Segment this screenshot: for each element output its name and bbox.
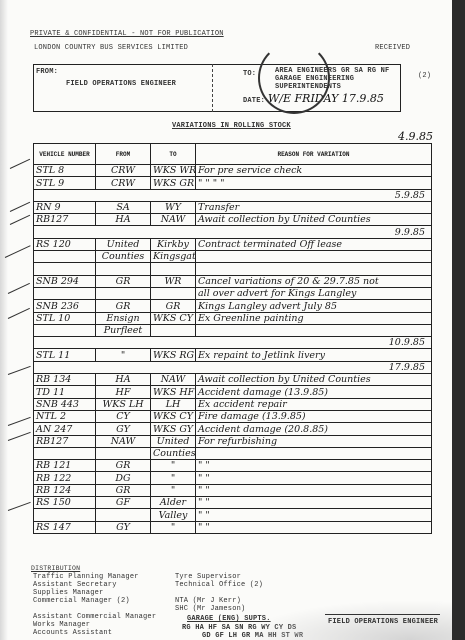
header-from: FROM: [96, 144, 151, 165]
vehicle-number-cell: RB127: [34, 435, 96, 447]
signature-line: [325, 614, 440, 615]
table-row: STL 9CRWWKS GR" " " ": [34, 177, 432, 189]
received-stamp-text: RECEIVED: [375, 44, 410, 52]
from-cell: ": [96, 349, 151, 361]
from-cell: Purfleet: [96, 324, 151, 336]
table-row: RB127HANAWAwait collection by United Cou…: [34, 214, 432, 226]
classification-banner: PRIVATE & CONFIDENTIAL - NOT FOR PUBLICA…: [30, 30, 224, 38]
table-row: RB 124GR"" ": [34, 484, 432, 496]
reason-cell: Contract terminated Off lease: [196, 238, 432, 250]
from-cell: GR: [96, 484, 151, 496]
distribution-entry: Assistant Secretary: [33, 581, 117, 589]
reason-cell: Ex Greenline painting: [196, 312, 432, 324]
table-row: RS 120UnitedKirkbyContract terminated Of…: [34, 238, 432, 250]
reason-cell: For pre service check: [196, 165, 432, 177]
reason-cell: all over advert for Kings Langley: [196, 287, 432, 299]
table-row: STL 10EnsignWKS CYEx Greenline painting: [34, 312, 432, 324]
distribution-entry: Commercial Manager (2): [33, 597, 130, 605]
from-cell: CRW: [96, 177, 151, 189]
table-row: NTL 2CYWKS CYFire damage (13.9.85): [34, 410, 432, 422]
to-cell: WKS CY: [151, 312, 196, 324]
margin-tick-mark: [10, 202, 30, 212]
from-cell: GR: [96, 460, 151, 472]
from-cell: Counties: [96, 251, 151, 263]
rolling-stock-table: VEHICLE NUMBER FROM TO REASON FOR VARIAT…: [33, 143, 432, 534]
from-cell: NAW: [96, 435, 151, 447]
from-cell: [96, 263, 151, 275]
from-cell: GR: [96, 300, 151, 312]
to-cell: Valley: [151, 509, 196, 521]
reason-cell: [196, 447, 432, 459]
date-heading-first: 4.9.85: [398, 130, 433, 143]
reason-cell: Kings Langley advert July 85: [196, 300, 432, 312]
table-row: all over advert for Kings Langley: [34, 287, 432, 299]
table-row: AN 247GYWKS GYAccident damage (20.8.85): [34, 423, 432, 435]
to-cell: ": [151, 521, 196, 533]
margin-tick-mark: [8, 283, 30, 294]
to-cell: [151, 287, 196, 299]
vehicle-number-cell: RB 121: [34, 460, 96, 472]
reason-cell: Transfer: [196, 201, 432, 213]
reason-cell: " ": [196, 460, 432, 472]
distribution-entry: Works Manager: [33, 621, 90, 629]
scan-shadow: [0, 0, 8, 640]
vehicle-number-cell: RS 150: [34, 497, 96, 509]
margin-tick-mark: [10, 159, 30, 169]
reason-cell: Cancel variations of 20 & 29.7.85 not: [196, 275, 432, 287]
from-cell: CY: [96, 410, 151, 422]
to-cell: Kirkby: [151, 238, 196, 250]
to-cell: [151, 324, 196, 336]
table-row: SNB 236GRGRKings Langley advert July 85: [34, 300, 432, 312]
reason-cell: " ": [196, 521, 432, 533]
to-cell: WKS HF: [151, 386, 196, 398]
vehicle-number-cell: [34, 509, 96, 521]
to-cell: GR: [151, 300, 196, 312]
date-separator: 17.9.85: [34, 361, 432, 373]
distribution-entry: NTA (Mr J Kerr): [175, 597, 241, 605]
document-title: VARIATIONS IN ROLLING STOCK: [172, 122, 291, 130]
vehicle-number-cell: STL 10: [34, 312, 96, 324]
from-cell: Ensign: [96, 312, 151, 324]
table-row: RS 150GFAlder" ": [34, 497, 432, 509]
from-cell: HF: [96, 386, 151, 398]
vehicle-number-cell: AN 247: [34, 423, 96, 435]
reason-cell: Fire damage (13.9.85): [196, 410, 432, 422]
to-cell: WKS GY: [151, 423, 196, 435]
reason-cell: Accident damage (20.8.85): [196, 423, 432, 435]
from-cell: United: [96, 238, 151, 250]
reason-cell: Ex repaint to Jetlink livery: [196, 349, 432, 361]
distribution-entry: Technical Office (2): [175, 581, 263, 589]
to-label: TO:: [243, 70, 256, 78]
vehicle-number-cell: RB 122: [34, 472, 96, 484]
vehicle-number-cell: NTL 2: [34, 410, 96, 422]
table-row: Counties: [34, 447, 432, 459]
vehicle-number-cell: [34, 287, 96, 299]
table-row: STL 11"WKS RGEx repaint to Jetlink liver…: [34, 349, 432, 361]
to-cell: LH: [151, 398, 196, 410]
from-cell: WKS LH: [96, 398, 151, 410]
to-cell: WY: [151, 201, 196, 213]
header-vehicle-number: VEHICLE NUMBER: [34, 144, 96, 165]
margin-tick-mark: [5, 245, 31, 258]
from-label: FROM:: [36, 68, 58, 76]
table-row: RB 134HANAWAwait collection by United Co…: [34, 374, 432, 386]
from-cell: GR: [96, 275, 151, 287]
from-cell: [96, 287, 151, 299]
to-cell: ": [151, 472, 196, 484]
reason-cell: " ": [196, 509, 432, 521]
to-cell: Alder: [151, 497, 196, 509]
distribution-entry: SHC (Mr Jameson): [175, 605, 245, 613]
table-row: RB127NAWUnitedFor refurbishing: [34, 435, 432, 447]
margin-tick-mark: [8, 417, 31, 426]
to-cell: Kingsgate: [151, 251, 196, 263]
from-cell: [96, 447, 151, 459]
vehicle-number-cell: RS 120: [34, 238, 96, 250]
from-cell: DG: [96, 472, 151, 484]
to-cell: WR: [151, 275, 196, 287]
table-date-row: 17.9.85: [34, 361, 432, 373]
from-cell: [96, 509, 151, 521]
distribution-entry: Traffic Planning Manager: [33, 573, 139, 581]
reason-cell: " ": [196, 484, 432, 496]
distribution-entry: Supplies Manager: [33, 589, 103, 597]
reason-cell: [196, 263, 432, 275]
reason-cell: " ": [196, 472, 432, 484]
vehicle-number-cell: SNB 443: [34, 398, 96, 410]
vehicle-number-cell: [34, 263, 96, 275]
table-date-row: 9.9.85: [34, 226, 432, 238]
vehicle-number-cell: RB 134: [34, 374, 96, 386]
table-date-row: 5.9.85: [34, 189, 432, 201]
from-cell: CRW: [96, 165, 151, 177]
from-cell: HA: [96, 214, 151, 226]
margin-tick-mark: [8, 366, 31, 375]
header-reason: REASON FOR VARIATION: [196, 144, 432, 165]
reason-cell: " " " ": [196, 177, 432, 189]
from-value: FIELD OPERATIONS ENGINEER: [66, 80, 176, 88]
to-cell: WKS GR: [151, 177, 196, 189]
reason-cell: Await collection by United Counties: [196, 214, 432, 226]
distribution-entry: Accounts Assistant: [33, 629, 112, 637]
table-row: STL 8CRWWKS WRFor pre service check: [34, 165, 432, 177]
to-cell: [151, 263, 196, 275]
distribution-entry: Assistant Commercial Manager: [33, 613, 156, 621]
table-row: CountiesKingsgate: [34, 251, 432, 263]
vehicle-number-cell: TD 11: [34, 386, 96, 398]
vehicle-number-cell: SNB 236: [34, 300, 96, 312]
to-cell: WKS WR: [151, 165, 196, 177]
to-cell: WKS CY: [151, 410, 196, 422]
vehicle-number-cell: SNB 294: [34, 275, 96, 287]
reason-cell: Ex accident repair: [196, 398, 432, 410]
to-cell: NAW: [151, 374, 196, 386]
reason-cell: [196, 251, 432, 263]
company-name: LONDON COUNTRY BUS SERVICES LIMITED: [34, 44, 188, 52]
header-divider: [212, 64, 214, 112]
table-row: RB 122DG"" ": [34, 472, 432, 484]
scan-edge: [452, 0, 465, 640]
distribution-entry: Tyre Supervisor: [175, 573, 241, 581]
reason-cell: For refurbishing: [196, 435, 432, 447]
to-cell: ": [151, 484, 196, 496]
table-row: Purfleet: [34, 324, 432, 336]
vehicle-number-cell: STL 9: [34, 177, 96, 189]
vehicle-number-cell: STL 8: [34, 165, 96, 177]
signature-title: FIELD OPERATIONS ENGINEER: [328, 618, 438, 626]
vehicle-number-cell: [34, 251, 96, 263]
table-row: SNB 294GRWRCancel variations of 20 & 29.…: [34, 275, 432, 287]
date-separator: 5.9.85: [34, 189, 432, 201]
from-cell: GF: [96, 497, 151, 509]
table-row: [34, 263, 432, 275]
header-to: TO: [151, 144, 196, 165]
table-row: TD 11HFWKS HFAccident damage (13.9.85): [34, 386, 432, 398]
from-cell: GY: [96, 423, 151, 435]
table-row: RS 147GY"" ": [34, 521, 432, 533]
distribution-title: DISTRIBUTION: [31, 565, 80, 572]
table-row: Valley" ": [34, 509, 432, 521]
table-date-row: 10.9.85: [34, 337, 432, 349]
table-row: RB 121GR"" ": [34, 460, 432, 472]
received-stamp-circle: [258, 42, 330, 114]
vehicle-number-cell: [34, 324, 96, 336]
vehicle-number-cell: STL 11: [34, 349, 96, 361]
date-label: DATE:: [243, 97, 265, 105]
table-row: RN 9SAWYTransfer: [34, 201, 432, 213]
margin-tick-mark: [10, 215, 30, 225]
copies-count: (2): [418, 72, 431, 80]
from-cell: GY: [96, 521, 151, 533]
reason-cell: Accident damage (13.9.85): [196, 386, 432, 398]
date-separator: 9.9.85: [34, 226, 432, 238]
to-cell: WKS RG: [151, 349, 196, 361]
margin-tick-mark: [8, 308, 30, 319]
from-cell: SA: [96, 201, 151, 213]
reason-cell: [196, 324, 432, 336]
date-separator: 10.9.85: [34, 337, 432, 349]
to-cell: NAW: [151, 214, 196, 226]
margin-tick-mark: [8, 432, 31, 441]
table-header-row: VEHICLE NUMBER FROM TO REASON FOR VARIAT…: [34, 144, 432, 165]
table-row: SNB 443WKS LHLHEx accident repair: [34, 398, 432, 410]
from-cell: HA: [96, 374, 151, 386]
vehicle-number-cell: RN 9: [34, 201, 96, 213]
vehicle-number-cell: RB127: [34, 214, 96, 226]
vehicle-number-cell: [34, 447, 96, 459]
to-cell: United: [151, 435, 196, 447]
margin-tick-mark: [8, 502, 31, 511]
vehicle-number-cell: RS 147: [34, 521, 96, 533]
reason-cell: Await collection by United Counties: [196, 374, 432, 386]
to-cell: ": [151, 460, 196, 472]
vehicle-number-cell: RB 124: [34, 484, 96, 496]
to-cell: Counties: [151, 447, 196, 459]
reason-cell: " ": [196, 497, 432, 509]
